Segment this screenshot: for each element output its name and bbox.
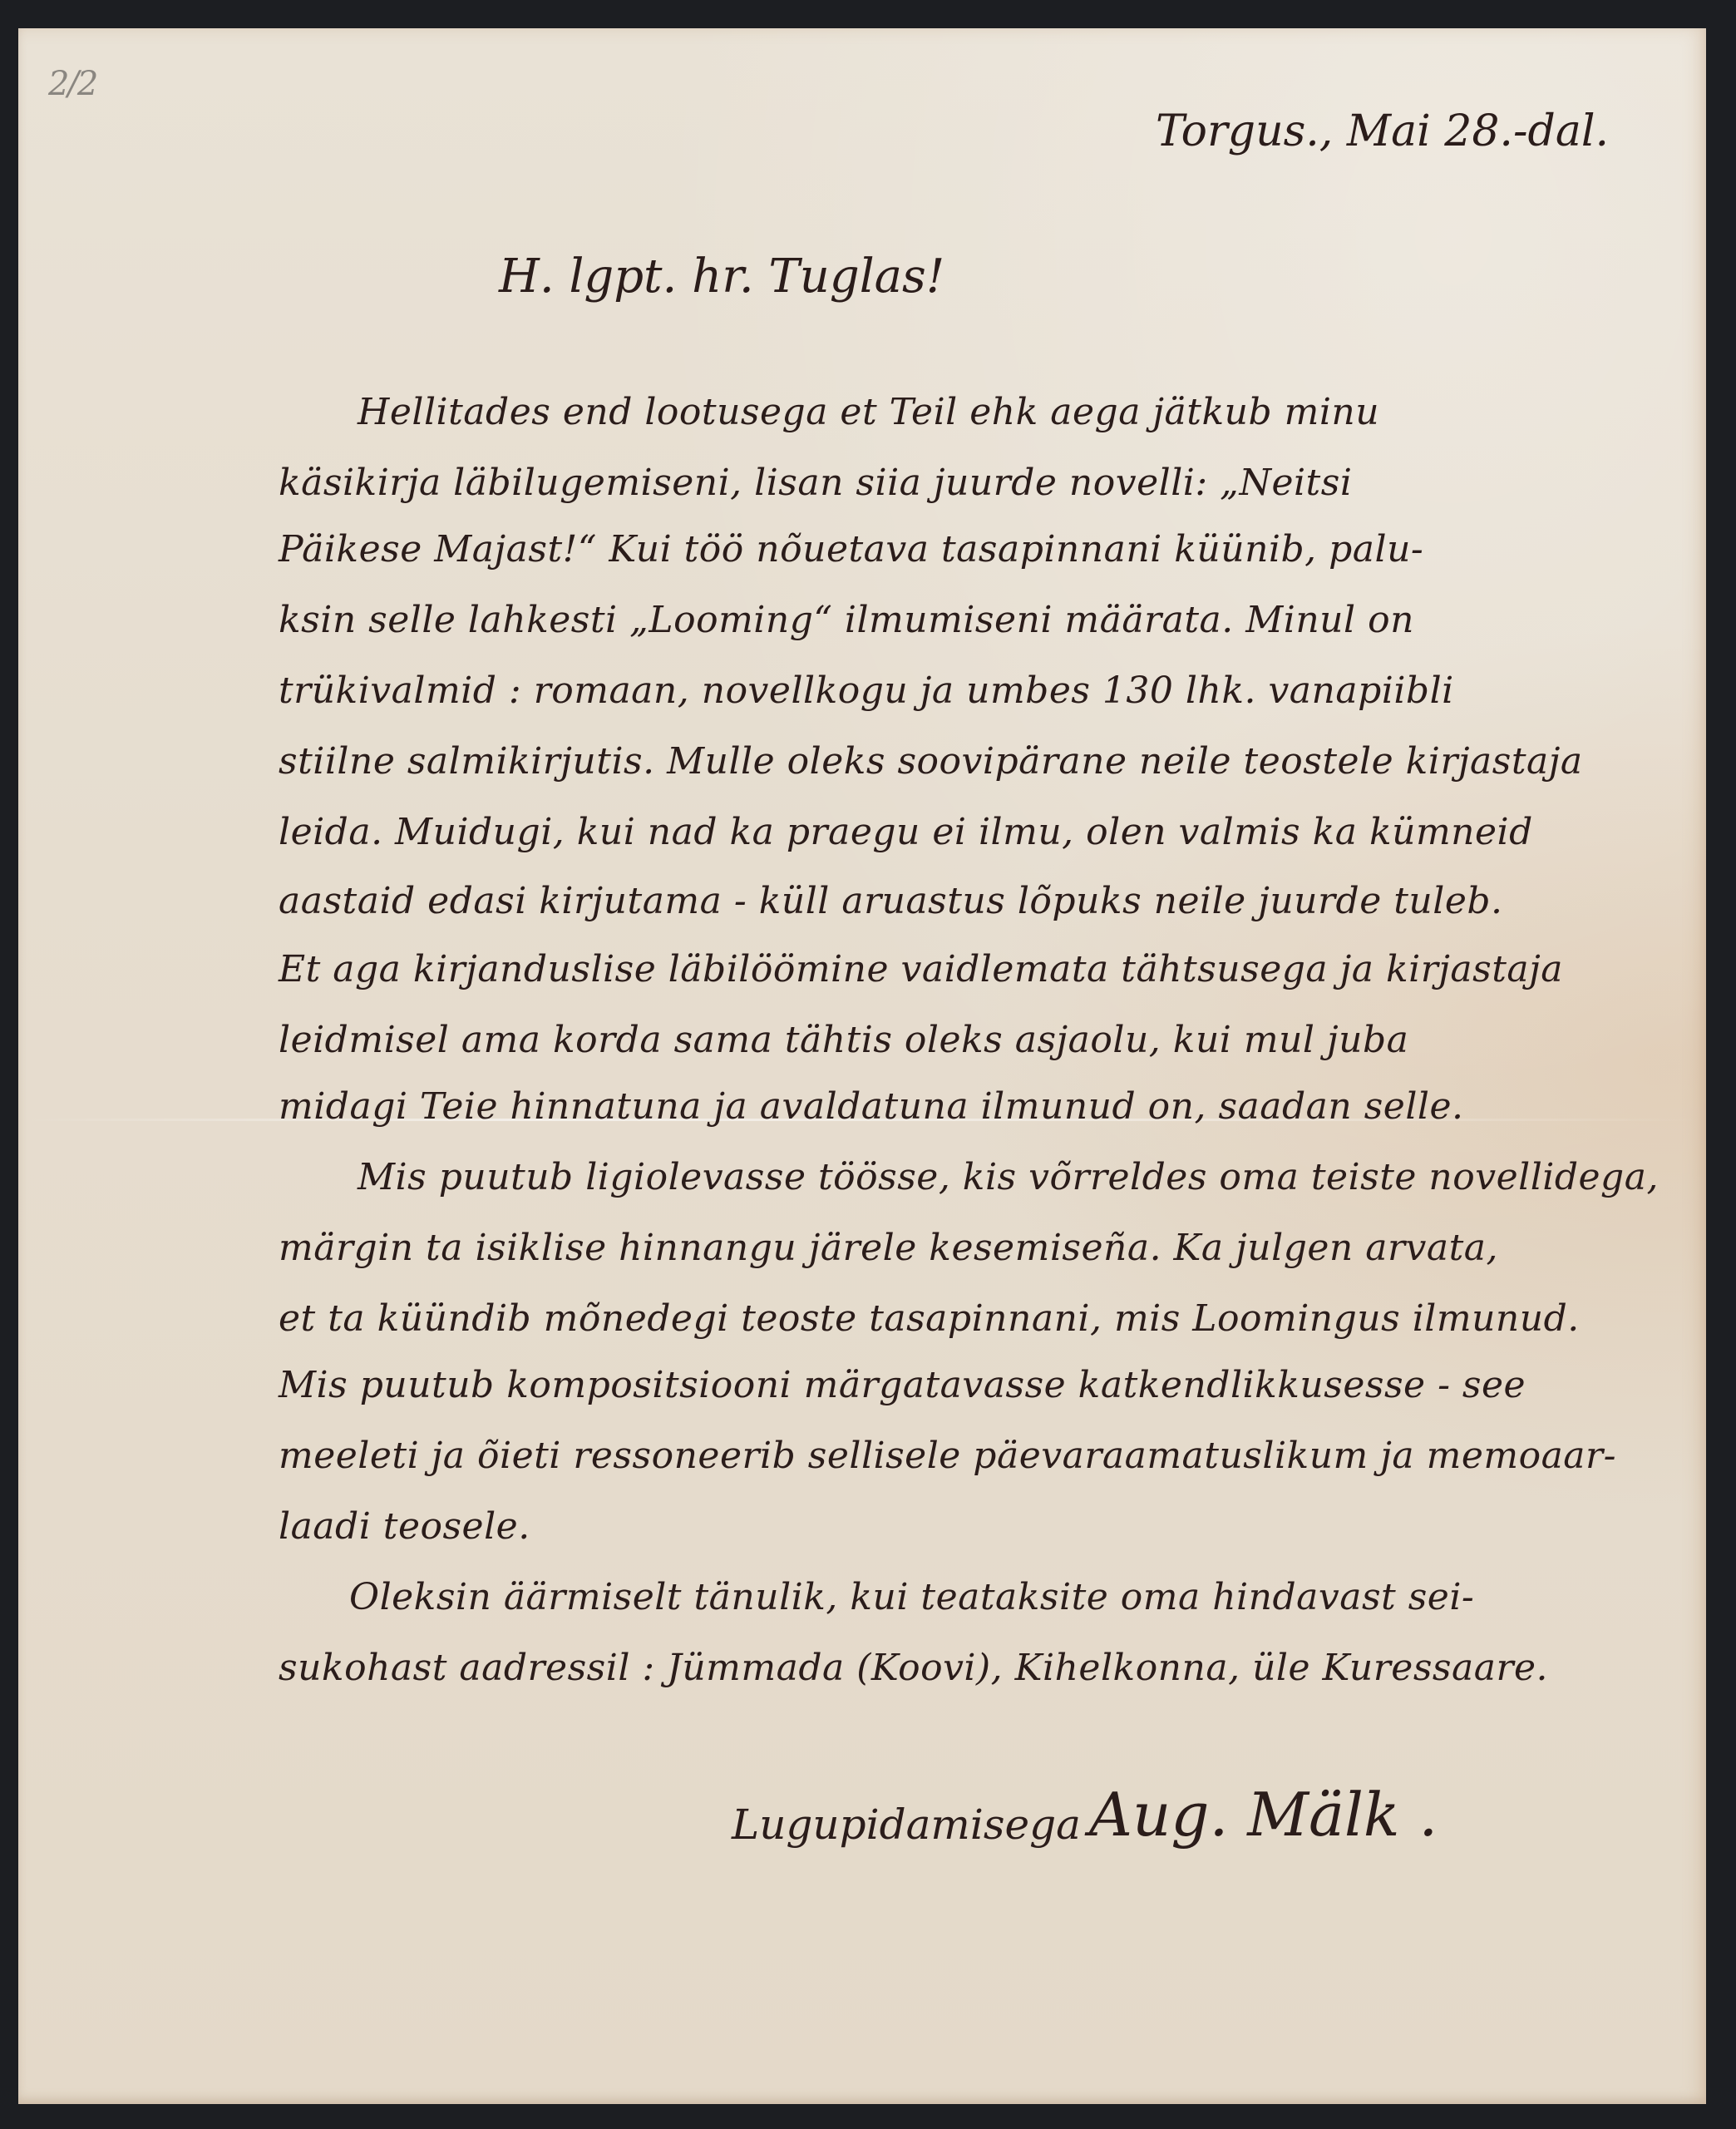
letter-body-line: et ta küündib mõnedegi teoste tasapinnan… — [279, 1297, 1580, 1340]
letter-body-line: Päikese Majast!“ Kui töö nõuetava tasapi… — [279, 528, 1423, 571]
letter-body-line: Mis puutub kompositsiooni märgatavasse k… — [279, 1364, 1526, 1406]
letter-body-line: laadi teosele. — [279, 1505, 530, 1548]
letter-body-line: leidmisel ama korda sama tähtis oleks as… — [279, 1019, 1408, 1061]
letter-body-line: trükivalmid : romaan, novellkogu ja umbe… — [279, 669, 1454, 712]
letter-body-line: leida. Muidugi, kui nad ka praegu ei ilm… — [279, 811, 1533, 853]
letter-closing: Lugupidamisega — [732, 1801, 1081, 1849]
letter-body-line: stiilne salmikirjutis. Mulle oleks soovi… — [279, 740, 1583, 783]
letter-body-line: märgin ta isiklise hinnangu järele kesem… — [279, 1227, 1498, 1269]
letter-body-line: aastaid edasi kirjutama - küll aruastus … — [279, 880, 1503, 922]
letter-body-line: Mis puutub ligiolevasse töösse, kis võrr… — [358, 1156, 1659, 1198]
archive-page-mark: 2/2 — [48, 65, 96, 103]
letter-body-line: käsikirja läbilugemiseni, lisan siia juu… — [279, 462, 1352, 504]
letter-body-line: Et aga kirjanduslise läbilöömine vaidlem… — [279, 948, 1563, 990]
letter-body-line: ksin selle lahkesti „Looming“ ilmumiseni… — [279, 599, 1414, 641]
letter-body-line: Hellitades end lootusega et Teil ehk aeg… — [358, 391, 1379, 433]
letter-salutation: H. lgpt. hr. Tuglas! — [499, 249, 944, 304]
letter-signature: Aug. Mälk . — [1089, 1780, 1438, 1850]
letter-body-line: midagi Teie hinnatuna ja avaldatuna ilmu… — [279, 1085, 1464, 1128]
letter-dateline: Torgus., Mai 28.-dal. — [1156, 106, 1609, 156]
letter-body-line: sukohast aadressil : Jümmada (Koovi), Ki… — [279, 1647, 1548, 1689]
letter-page — [18, 28, 1706, 2104]
letter-body-line: Oleksin äärmiselt tänulik, kui teataksit… — [349, 1576, 1474, 1618]
letter-body-line: meeleti ja õieti ressoneerib sellisele p… — [279, 1435, 1616, 1477]
